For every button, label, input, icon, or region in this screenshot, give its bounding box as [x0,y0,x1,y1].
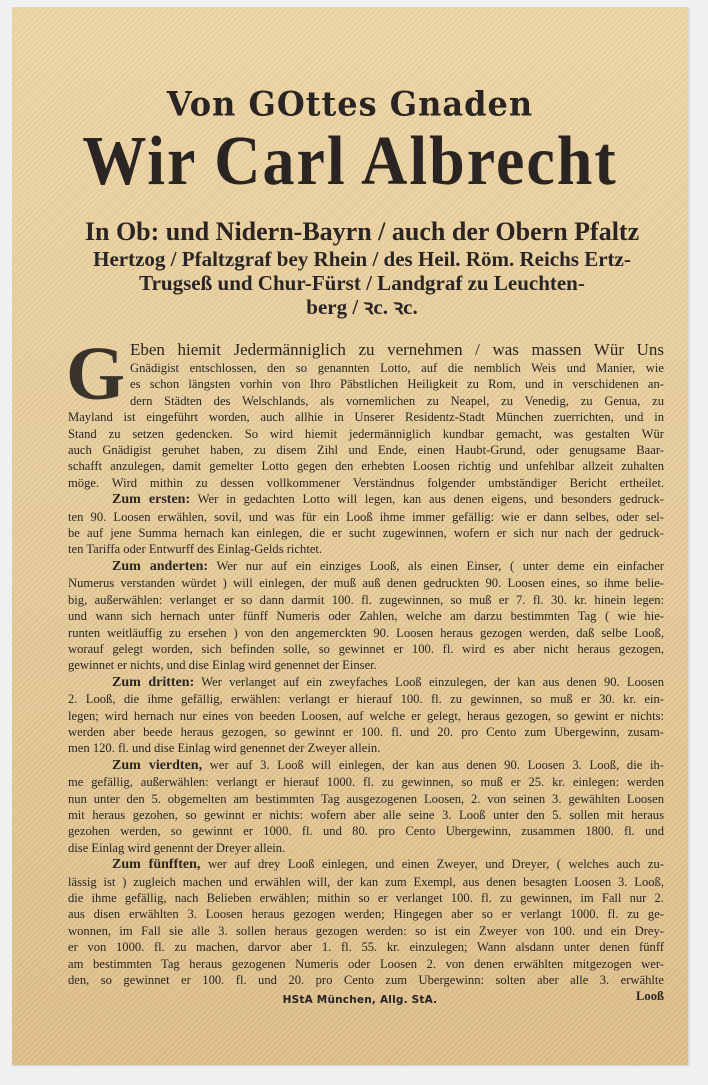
text-line: legen; wird hernach nur eines von beeden… [68,708,664,724]
section-lead: Zum ersten: [112,492,190,507]
text-line: wer auf 3. Looß will einlegen, der kan a… [210,758,664,772]
section-zum-anderten: Zum anderten: Wer nur auf ein einziges L… [68,558,664,674]
text-line: big, außerwählen: verlanget er so dann d… [68,592,664,608]
text-line: dise Einlag wird genennt der Dreyer alle… [68,840,664,856]
section-lead: Zum dritten: [112,675,194,690]
archive-source-note: HStA München, Allg. StA. [12,994,688,1006]
title-line: Trugseß und Chur-Fürst / Landgraf zu Leu… [62,271,662,295]
section-zum-vierdten: Zum vierdten, wer auf 3. Looß will einle… [68,757,664,856]
text-line: 2. Looß, die ihme gefällig, erwählen: ve… [68,691,664,707]
section-lead: Zum vierdten, [112,758,202,773]
text-line: Stand zu setzen gedencken. So wird hiemi… [68,426,664,442]
text-line: nun unter den 5. obgemelten am bestimmte… [68,791,664,807]
section-zum-fuenfften: Zum fünfften, wer auf drey Looß einlegen… [68,856,664,1005]
title-line: In Ob: und Nidern-Bayrn / auch der Obern… [62,217,662,247]
text-line: Wer verlanget auf ein zweyfaches Looß ei… [201,675,664,689]
text-line: Numerus verstanden würdet ) will einlege… [68,575,664,591]
title-block: In Ob: und Nidern-Bayrn / auch der Obern… [62,217,662,319]
section-zum-dritten: Zum dritten: Wer verlanget auf ein zweyf… [68,674,664,757]
text-line: be auf jene Summa hernach kan einlegen, … [68,525,664,541]
text-line: den, so gewinnet er 100. fl. und 20. pro… [68,972,664,988]
document-page: Von GOttes Gnaden Wir Carl Albrecht In O… [12,7,688,1065]
section-zum-ersten: Zum ersten: Wer in gedachten Lotto will … [68,491,664,558]
text-line: Wer nur auf ein einziges Looß, als einen… [216,559,664,573]
text-line: worauf gelegt worden, sich befinden soll… [68,641,664,657]
text-line: am bestimmten Tag heraus gezogenen Numer… [68,956,664,972]
text-line: lässig ist ) zugleich machen und erwähle… [68,874,664,890]
text-line: gezohen werden, so gewinnt er 1000. fl. … [68,823,664,839]
body-text: G Eben hiemit Jedermänniglich zu vernehm… [68,340,664,1005]
text-line: ten 90. Loosen erwählen, sovil, und was … [68,509,664,525]
text-line: men 120. fl. und dise Einlag wird genenn… [68,740,664,756]
text-line: mit heraus gezohen, so gewinnt er nichts… [68,807,664,823]
section-lead: Zum anderten: [112,559,208,574]
title-line: Hertzog / Pfaltzgraf bey Rhein / des Hei… [62,247,662,271]
heading-von-gottes-gnaden: Von GOttes Gnaden [12,84,688,124]
text-line: wonnen, im Fall sie alle 3. sollen herau… [68,923,664,939]
text-line: aus disen erwählten 3. Loosen heraus gez… [68,906,664,922]
section-lead: Zum fünfften, [112,857,200,872]
text-line: wer auf drey Looß einlegen, und einen Zw… [208,857,664,871]
text-line: möge. Wird mithin zu dessen vollkommener… [68,475,664,491]
dropcap-ornament: G [66,338,124,410]
text-line: es schon längsten vorhin von Ihro Päbstl… [68,376,664,392]
text-line: er von 1000. fl. zu machen, darvor aber … [68,939,664,955]
text-line: werden aber beede heraus gezogen, so gew… [68,724,664,740]
text-line: die ihme gefällig, nach Belieben erwähle… [68,890,664,906]
text-line: me gefällig, außerwählen: verlangt er hi… [68,774,664,790]
text-line: auch Gnädigist geruhet haben, zu disem Z… [68,442,664,458]
intro-first-line: Eben hiemit Jedermänniglich zu vernehmen… [68,340,664,360]
text-line: runten weitläuffig zu ersehen ) von den … [68,625,664,641]
text-line: gewinnet er nichts, und dise Einlag wird… [68,657,664,673]
text-line: Wer in gedachten Lotto will legen, kan a… [198,492,664,506]
text-line: dern Städten des Welschlands, als vornem… [68,393,664,409]
intro-paragraph: G Eben hiemit Jedermänniglich zu vernehm… [68,340,664,491]
text-line: Gnädigist entschlossen, den so genannten… [68,360,664,376]
text-line: Mayland ist eingeführt worden, auch allh… [68,409,664,425]
text-line: und wann sich hernach unter fünff Numeri… [68,608,664,624]
title-line: berg / ꝛc. ꝛc. [62,295,662,319]
text-line: ten Tariffa oder Entwurff des Einlag-Gel… [68,541,664,557]
text-line: schafft anzulegen, damit gemelter Lotto … [68,458,664,474]
heading-wir-carl-albrecht: Wir Carl Albrecht [12,126,688,196]
